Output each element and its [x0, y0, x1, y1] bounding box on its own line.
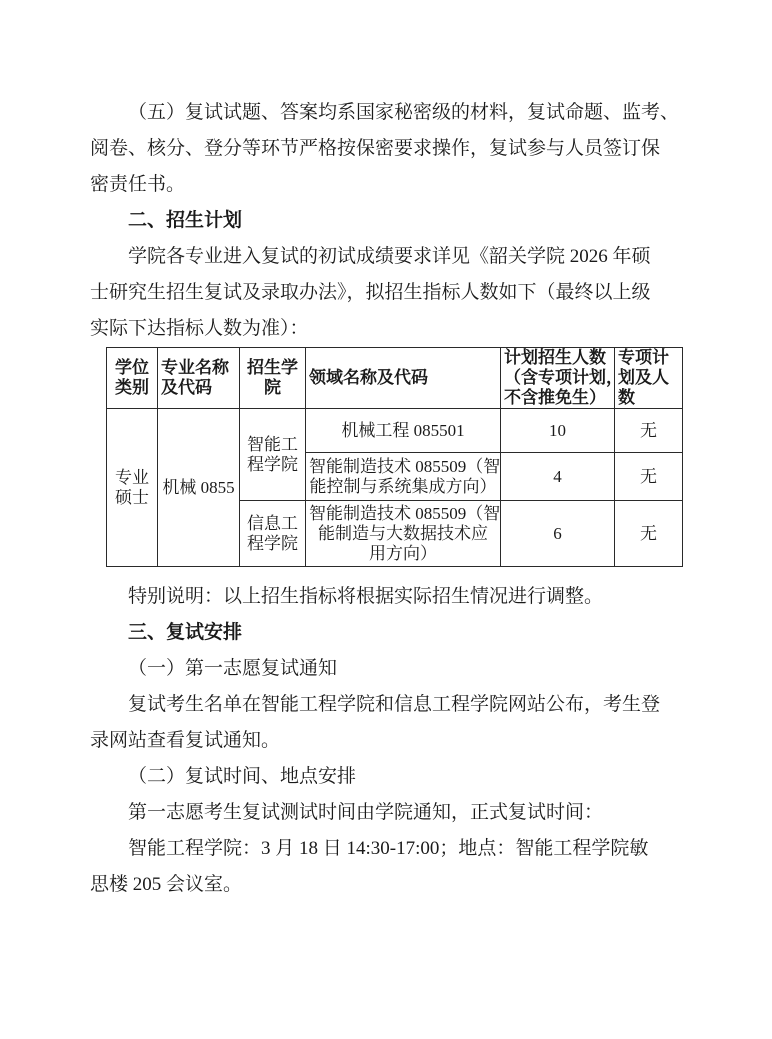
- document-page: （五）复试试题、答案均系国家秘密级的材料，复试命题、监考、 阅卷、核分、登分等环…: [0, 0, 772, 1039]
- para-secrecy: （五）复试试题、答案均系国家秘密级的材料，复试命题、监考、 阅卷、核分、登分等环…: [90, 95, 684, 203]
- table-row-mechanical-engineering: 专业 硕士 机械 0855 智能工 程学院 机械工程 085501 10 无: [107, 409, 683, 453]
- header-special-plan: 专项计 划及人 数: [615, 348, 683, 409]
- header-planned-count: 计划招生人数 （含专项计划， 不含推免生）: [501, 348, 615, 409]
- cell-field-3: 智能制造技术 085509（智 能制造与大数据技术应 用方向）: [306, 501, 501, 567]
- cell-special-2: 无: [615, 453, 683, 501]
- para-time-detail: 智能工程学院：3 月 18 日 14:30-17:00；地点：智能工程学院敏 思…: [90, 831, 684, 903]
- para-special-note: 特别说明：以上招生指标将根据实际招生情况进行调整。: [90, 579, 684, 615]
- subheading-time-place: （二）复试时间、地点安排: [90, 759, 684, 795]
- para-time-intro: 第一志愿考生复试测试时间由学院通知，正式复试时间：: [90, 795, 684, 831]
- cell-field-2: 智能制造技术 085509（智 能控制与系统集成方向）: [306, 453, 501, 501]
- cell-college-intelligent-engineering: 智能工 程学院: [240, 409, 306, 501]
- table-header-row: 学位 类别 专业名称 及代码 招生学 院 领域名称及代码 计划招生人数 （含专项…: [107, 348, 683, 409]
- subheading-first-choice-notice: （一）第一志愿复试通知: [90, 651, 684, 687]
- header-major-name-code: 专业名称 及代码: [158, 348, 240, 409]
- cell-special-3: 无: [615, 501, 683, 567]
- header-degree-type: 学位 类别: [107, 348, 158, 409]
- header-field-name-code: 领域名称及代码: [306, 348, 501, 409]
- heading-enrollment-plan: 二、招生计划: [90, 203, 684, 239]
- para-candidate-list: 复试考生名单在智能工程学院和信息工程学院网站公布，考生登 录网站查看复试通知。: [90, 687, 684, 759]
- cell-planned-3: 6: [501, 501, 615, 567]
- cell-special-1: 无: [615, 409, 683, 453]
- cell-field-1: 机械工程 085501: [306, 409, 501, 453]
- para-enrollment-intro: 学院各专业进入复试的初试成绩要求详见《韶关学院 2026 年硕 士研究生招生复试…: [90, 239, 684, 347]
- heading-interview-arrangement: 三、复试安排: [90, 615, 684, 651]
- cell-college-information-engineering: 信息工 程学院: [240, 501, 306, 567]
- cell-planned-1: 10: [501, 409, 615, 453]
- enrollment-table: 学位 类别 专业名称 及代码 招生学 院 领域名称及代码 计划招生人数 （含专项…: [106, 347, 683, 567]
- cell-planned-2: 4: [501, 453, 615, 501]
- header-college: 招生学 院: [240, 348, 306, 409]
- cell-major-code: 机械 0855: [158, 409, 240, 567]
- document-content: （五）复试试题、答案均系国家秘密级的材料，复试命题、监考、 阅卷、核分、登分等环…: [90, 95, 684, 903]
- cell-degree-type: 专业 硕士: [107, 409, 158, 567]
